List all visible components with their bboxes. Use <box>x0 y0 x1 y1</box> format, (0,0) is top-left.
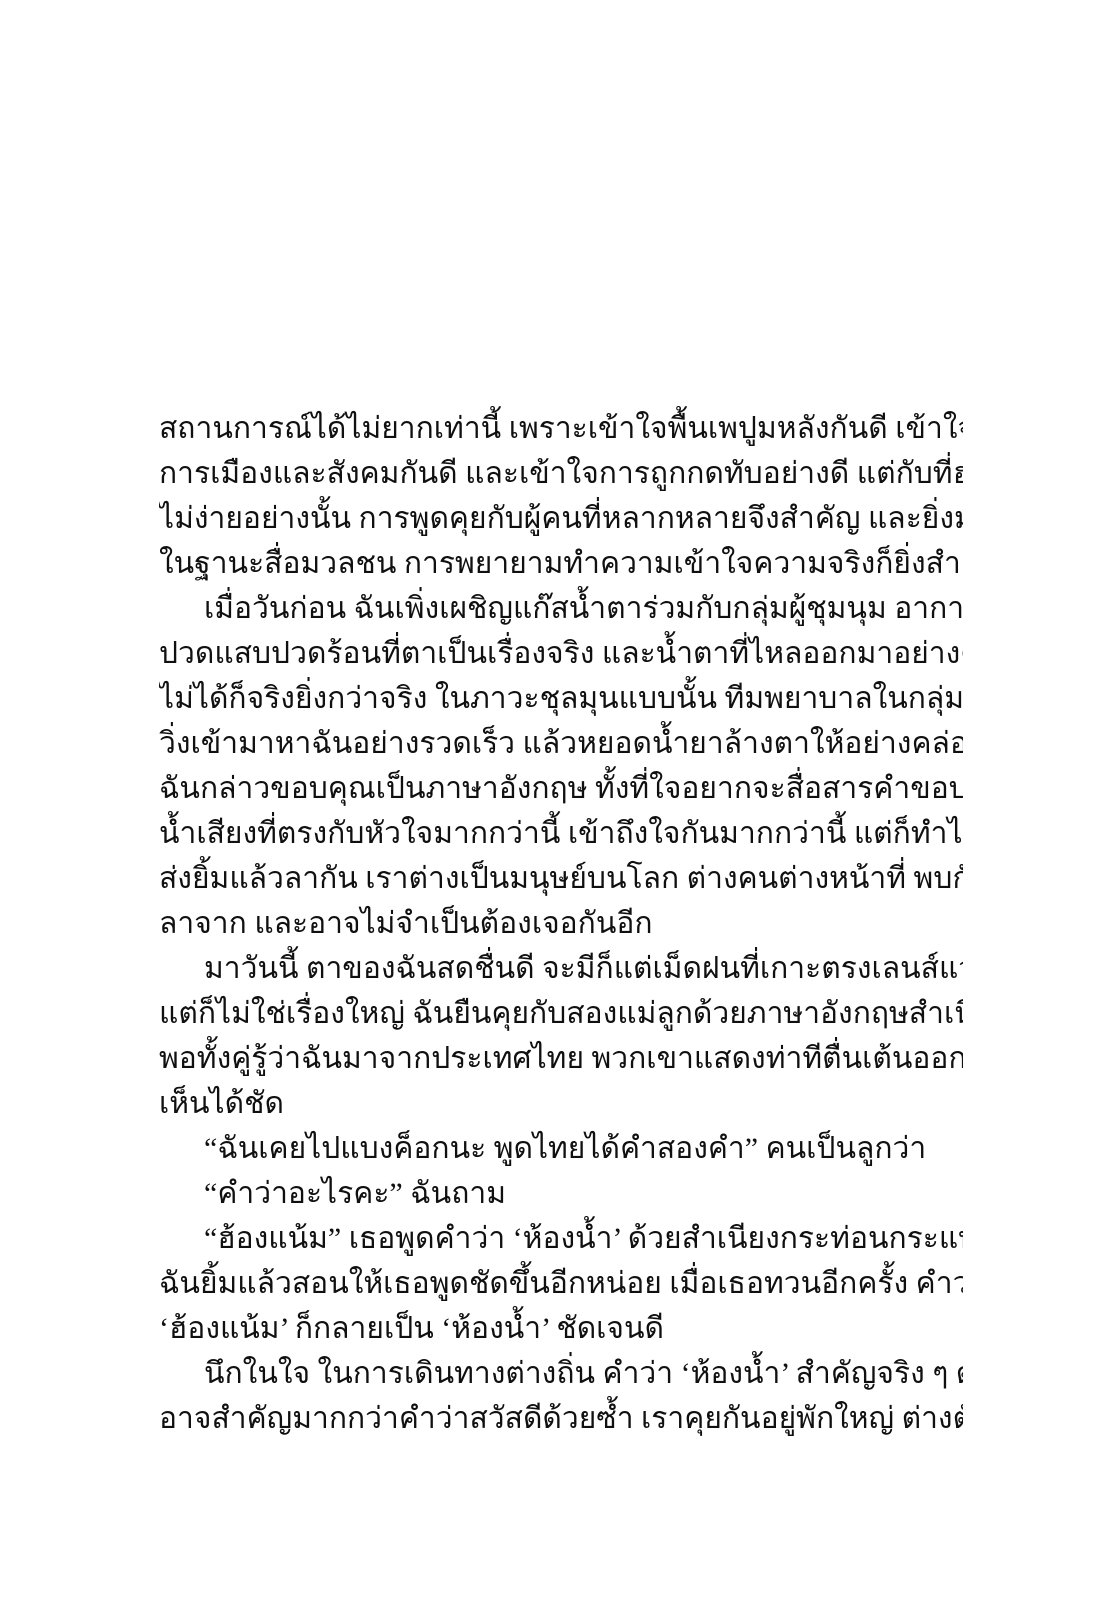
text-line: แต่ก็ไม่ใช่เรื่องใหญ่ ฉันยืนคุยกับสองแม่… <box>159 991 963 1036</box>
text-line: ไม่ง่ายอย่างนั้น การพูดคุยกับผู้คนที่หลา… <box>159 496 963 541</box>
text-line: “คำว่าอะไรคะ” ฉันถาม <box>159 1171 963 1216</box>
text-line: ส่งยิ้มแล้วลากัน เราต่างเป็นมนุษย์บนโลก … <box>159 856 963 901</box>
paragraph: “คำว่าอะไรคะ” ฉันถาม <box>159 1171 963 1216</box>
text-line: สถานการณ์ได้ไม่ยากเท่านี้ เพราะเข้าใจพื้… <box>159 406 963 451</box>
text-line: เห็นได้ชัด <box>159 1081 963 1126</box>
text-line: “ฮ้องแน้ม” เธอพูดคำว่า ‘ห้องน้ำ’ ด้วยสำเ… <box>159 1216 963 1261</box>
paragraph: สถานการณ์ได้ไม่ยากเท่านี้ เพราะเข้าใจพื้… <box>159 406 963 586</box>
text-line: ในฐานะสื่อมวลชน การพยายามทำความเข้าใจควา… <box>159 541 963 586</box>
text-line: การเมืองและสังคมกันดี และเข้าใจการถูกกดท… <box>159 451 963 496</box>
paragraph: “ฉันเคยไปแบงค็อกนะ พูดไทยได้คำสองคำ” คนเ… <box>159 1126 963 1171</box>
text-line: ฉันกล่าวขอบคุณเป็นภาษาอังกฤษ ทั้งที่ใจอย… <box>159 766 963 811</box>
text-line: ฉันยิ้มแล้วสอนให้เธอพูดชัดขึ้นอีกหน่อย เ… <box>159 1261 963 1306</box>
text-line: เมื่อวันก่อน ฉันเพิ่งเผชิญแก๊สน้ำตาร่วมก… <box>159 586 963 631</box>
body-text: สถานการณ์ได้ไม่ยากเท่านี้ เพราะเข้าใจพื้… <box>159 406 963 1441</box>
book-page: สถานการณ์ได้ไม่ยากเท่านี้ เพราะเข้าใจพื้… <box>0 0 1101 1621</box>
text-line: วิ่งเข้ามาหาฉันอย่างรวดเร็ว แล้วหยอดน้ำย… <box>159 721 963 766</box>
text-line: “ฉันเคยไปแบงค็อกนะ พูดไทยได้คำสองคำ” คนเ… <box>159 1126 963 1171</box>
text-line: น้ำเสียงที่ตรงกับหัวใจมากกว่านี้ เข้าถึง… <box>159 811 963 856</box>
text-line: ‘ฮ้องแน้ม’ ก็กลายเป็น ‘ห้องน้ำ’ ชัดเจนดี <box>159 1306 963 1351</box>
text-line: พอทั้งคู่รู้ว่าฉันมาจากประเทศไทย พวกเขาแ… <box>159 1036 963 1081</box>
text-line: อาจสำคัญมากกว่าคำว่าสวัสดีด้วยซ้ำ เราคุย… <box>159 1396 963 1441</box>
paragraph: มาวันนี้ ตาของฉันสดชื่นดี จะมีก็แต่เม็ดฝ… <box>159 946 963 1126</box>
paragraph: นึกในใจ ในการเดินทางต่างถิ่น คำว่า ‘ห้อง… <box>159 1351 963 1441</box>
text-line: ปวดแสบปวดร้อนที่ตาเป็นเรื่องจริง และน้ำต… <box>159 631 963 676</box>
text-line: นึกในใจ ในการเดินทางต่างถิ่น คำว่า ‘ห้อง… <box>159 1351 963 1396</box>
text-line: ไม่ได้ก็จริงยิ่งกว่าจริง ในภาวะชุลมุนแบบ… <box>159 676 963 721</box>
text-line: มาวันนี้ ตาของฉันสดชื่นดี จะมีก็แต่เม็ดฝ… <box>159 946 963 991</box>
paragraph: เมื่อวันก่อน ฉันเพิ่งเผชิญแก๊สน้ำตาร่วมก… <box>159 586 963 946</box>
paragraph: “ฮ้องแน้ม” เธอพูดคำว่า ‘ห้องน้ำ’ ด้วยสำเ… <box>159 1216 963 1351</box>
text-line: ลาจาก และอาจไม่จำเป็นต้องเจอกันอีก <box>159 901 963 946</box>
